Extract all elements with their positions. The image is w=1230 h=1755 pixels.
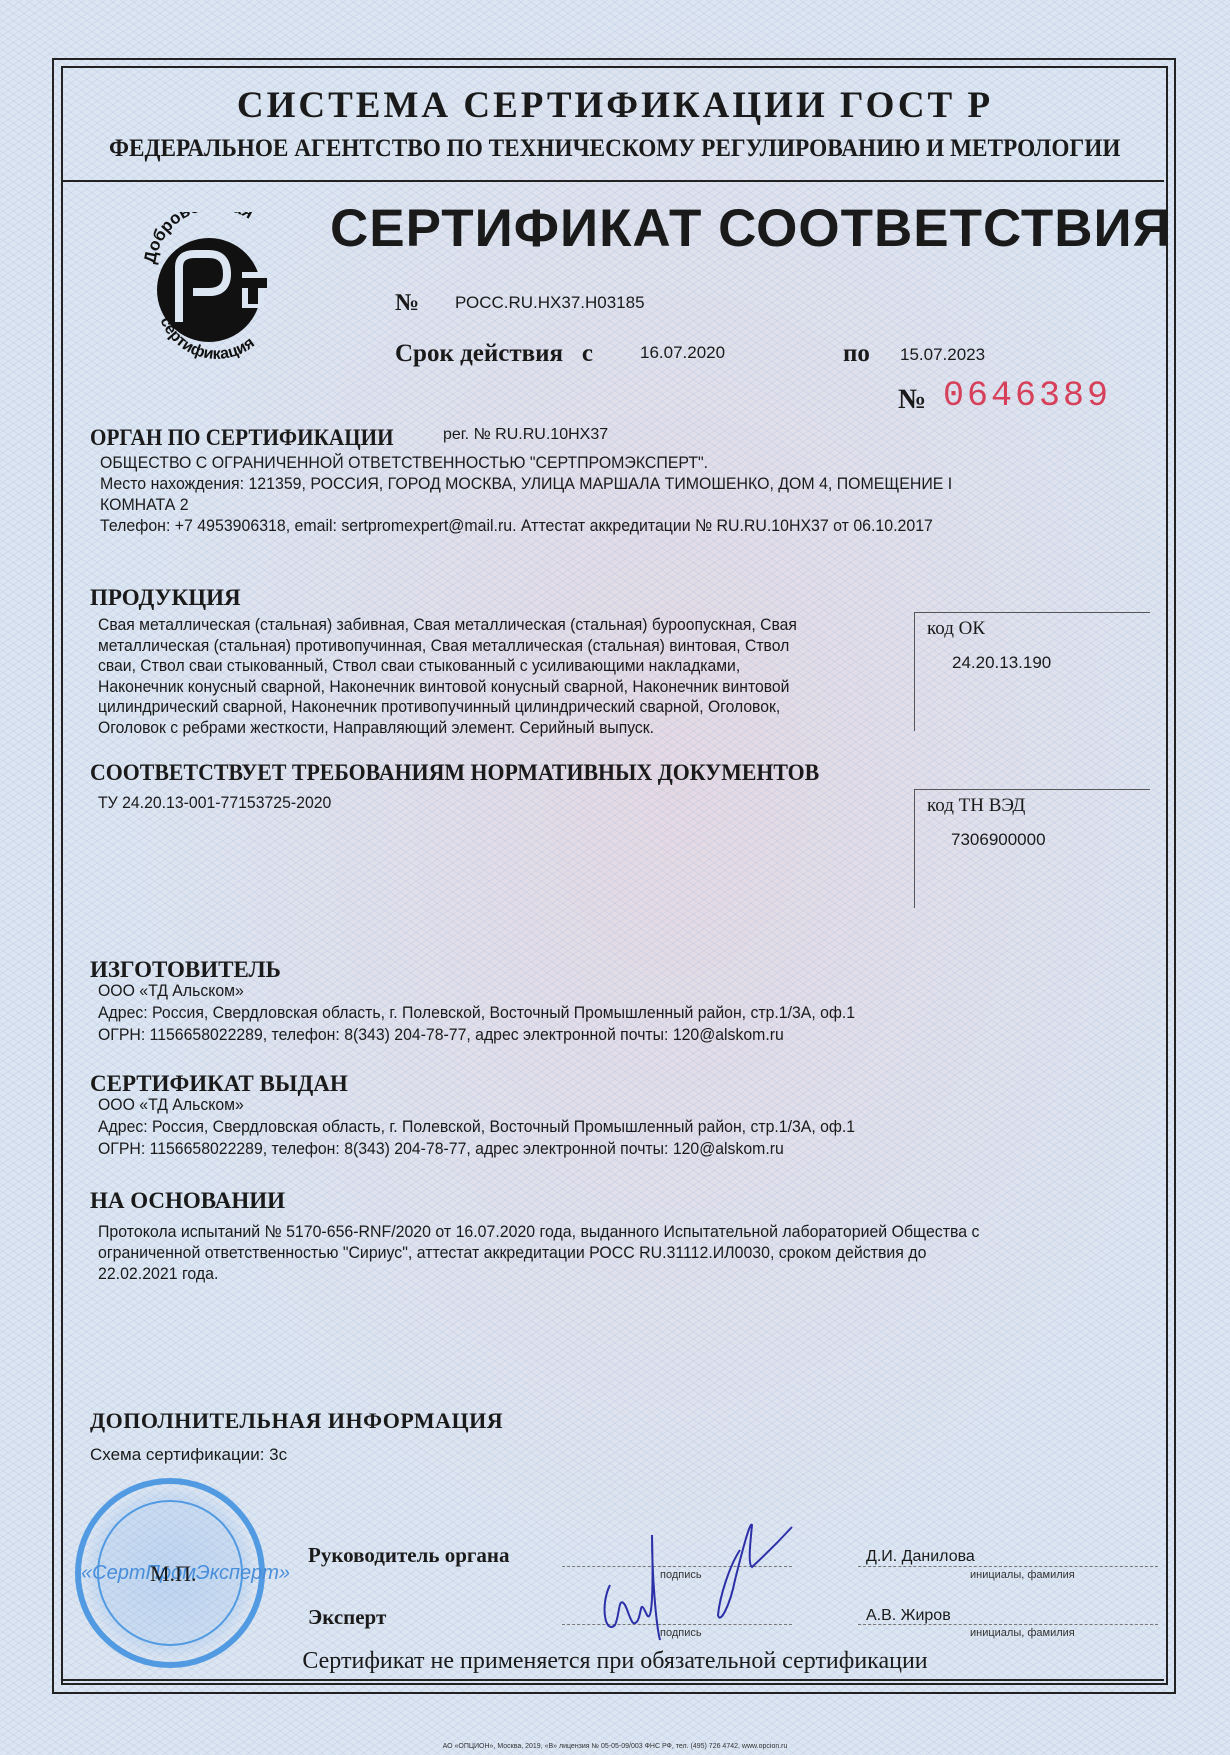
to-label: по bbox=[843, 340, 870, 368]
expert-name: А.В. Жиров bbox=[866, 1607, 951, 1625]
compliance-heading: СООТВЕТСТВУЕТ ТРЕБОВАНИЯМ НОРМАТИВНЫХ ДО… bbox=[90, 760, 819, 786]
agency-text: ФЕДЕРАЛЬНОЕ АГЕНТСТВО ПО ТЕХНИЧЕСКОМУ РЕ… bbox=[109, 135, 1120, 163]
product-line: сваи, Ствол сваи стыкованный, Ствол сваи… bbox=[98, 656, 797, 677]
products-section: ПРОДУКЦИЯ bbox=[90, 585, 241, 611]
head-name-line bbox=[858, 1566, 1158, 1567]
number-sign: № bbox=[395, 290, 419, 317]
printer-info: АО «ОПЦИОН», Москва, 2019, «В» лицензия … bbox=[0, 1743, 1230, 1750]
serial-number: 0646389 bbox=[943, 376, 1111, 416]
issued-to-contacts: ОГРН: 1156658022289, телефон: 8(343) 204… bbox=[98, 1138, 855, 1160]
product-line: металлическая (стальная) противопучинная… bbox=[98, 636, 797, 657]
basis-line: 22.02.2021 года. bbox=[98, 1263, 980, 1284]
system-title: СИСТЕМА СЕРТИФИКАЦИИ ГОСТ Р bbox=[0, 84, 1230, 127]
manufacturer-address: Адрес: Россия, Свердловская область, г. … bbox=[98, 1002, 855, 1024]
product-line: Наконечник конусный сварной, Наконечник … bbox=[98, 677, 797, 698]
registration-number: рег. № RU.RU.10НХ37 bbox=[443, 426, 608, 444]
products-heading: ПРОДУКЦИЯ bbox=[90, 585, 241, 610]
ok-code-box: код ОК 24.20.13.190 bbox=[914, 612, 1150, 731]
head-name: Д.И. Данилова bbox=[866, 1548, 975, 1566]
product-line: Оголовок с ребрами жесткости, Направляющ… bbox=[98, 718, 797, 739]
cb-line: ОБЩЕСТВО С ОГРАНИЧЕННОЙ ОТВЕТСТВЕННОСТЬЮ… bbox=[100, 452, 952, 473]
basis-heading: НА ОСНОВАНИИ bbox=[90, 1188, 285, 1213]
head-name-caption: инициалы, фамилия bbox=[970, 1569, 1075, 1581]
manufacturer-name: ООО «ТД Альском» bbox=[98, 980, 855, 1002]
seal-label: М.П. bbox=[150, 1561, 196, 1587]
validity-label-text: Срок действия bbox=[395, 340, 563, 367]
cb-line: КОМНАТА 2 bbox=[100, 494, 952, 515]
certification-scheme: Схема сертификации: 3с bbox=[90, 1445, 287, 1465]
manufacturer-heading: ИЗГОТОВИТЕЛЬ bbox=[90, 957, 281, 982]
validity-label: Срок действия с bbox=[395, 340, 593, 368]
head-label: Руководитель органа bbox=[308, 1543, 510, 1568]
certification-body-details: ОБЩЕСТВО С ОГРАНИЧЕННОЙ ОТВЕТСТВЕННОСТЬЮ… bbox=[100, 452, 1011, 536]
basis-section: НА ОСНОВАНИИ bbox=[90, 1188, 285, 1214]
basis-line: ограниченной ответственностью "Сириус", … bbox=[98, 1242, 980, 1263]
manufacturer-details: ООО «ТД Альском» Адрес: Россия, Свердлов… bbox=[98, 980, 912, 1046]
document-title: СЕРТИФИКАТ СООТВЕТСТВИЯ bbox=[330, 198, 1172, 259]
footer-divider bbox=[63, 1679, 1164, 1681]
tnved-code-box: код ТН ВЭД 7306900000 bbox=[914, 789, 1150, 908]
tnved-code-label: код ТН ВЭД bbox=[927, 795, 1025, 817]
product-line: цилиндрический сварной, Наконечник проти… bbox=[98, 697, 797, 718]
not-applied-notice: Сертификат не применяется при обязательн… bbox=[0, 1648, 1230, 1675]
handwritten-signature-icon bbox=[580, 1505, 840, 1655]
normative-document: ТУ 24.20.13-001-77153725-2020 bbox=[98, 792, 349, 813]
additional-info-heading: ДОПОЛНИТЕЛЬНАЯ ИНФОРМАЦИЯ bbox=[90, 1408, 503, 1433]
issued-to-name: ООО «ТД Альском» bbox=[98, 1094, 855, 1116]
product-line: Свая металлическая (стальная) забивная, … bbox=[98, 615, 797, 636]
basis-line: Протокола испытаний № 5170-656-RNF/2020 … bbox=[98, 1221, 980, 1242]
cb-line: Место нахождения: 121359, РОССИЯ, ГОРОД … bbox=[100, 473, 952, 494]
valid-from: 16.07.2020 bbox=[640, 343, 725, 363]
expert-name-caption: инициалы, фамилия bbox=[970, 1627, 1075, 1639]
cb-line: Телефон: +7 4953906318, email: sertprome… bbox=[100, 515, 952, 536]
header-divider bbox=[63, 180, 1164, 182]
serial-sign: № bbox=[898, 384, 926, 416]
ok-code-label: код ОК bbox=[927, 618, 985, 640]
issued-to-address: Адрес: Россия, Свердловская область, г. … bbox=[98, 1116, 855, 1138]
agency-title: ФЕДЕРАЛЬНОЕ АГЕНТСТВО ПО ТЕХНИЧЕСКОМУ РЕ… bbox=[0, 135, 1230, 163]
ok-code-value: 24.20.13.190 bbox=[952, 653, 1051, 673]
valid-to: 15.07.2023 bbox=[900, 345, 985, 365]
expert-label: Эксперт bbox=[308, 1605, 386, 1630]
from-label: с bbox=[582, 340, 593, 367]
certification-body-heading: ОРГАН ПО СЕРТИФИКАЦИИ bbox=[90, 425, 394, 451]
manufacturer-contacts: ОГРН: 1156658022289, телефон: 8(343) 204… bbox=[98, 1024, 855, 1046]
normative-document-text: ТУ 24.20.13-001-77153725-2020 bbox=[98, 792, 331, 813]
products-list: Свая металлическая (стальная) забивная, … bbox=[98, 615, 854, 738]
expert-name-line bbox=[858, 1624, 1158, 1625]
additional-info-section: ДОПОЛНИТЕЛЬНАЯ ИНФОРМАЦИЯ bbox=[90, 1408, 503, 1434]
certificate-number: РОСС.RU.НХ37.Н03185 bbox=[455, 293, 645, 313]
basis-details: Протокола испытаний № 5170-656-RNF/2020 … bbox=[98, 1221, 1041, 1284]
rst-logo-icon: Добровольная сертификация bbox=[137, 212, 292, 362]
compliance-section: СООТВЕТСТВУЕТ ТРЕБОВАНИЯМ НОРМАТИВНЫХ ДО… bbox=[90, 760, 858, 786]
issued-to-details: ООО «ТД Альском» Адрес: Россия, Свердлов… bbox=[98, 1094, 912, 1160]
issued-to-heading: СЕРТИФИКАТ ВЫДАН bbox=[90, 1071, 348, 1096]
certification-body-section: ОРГАН ПО СЕРТИФИКАЦИИ bbox=[90, 425, 420, 451]
tnved-code-value: 7306900000 bbox=[951, 830, 1046, 850]
